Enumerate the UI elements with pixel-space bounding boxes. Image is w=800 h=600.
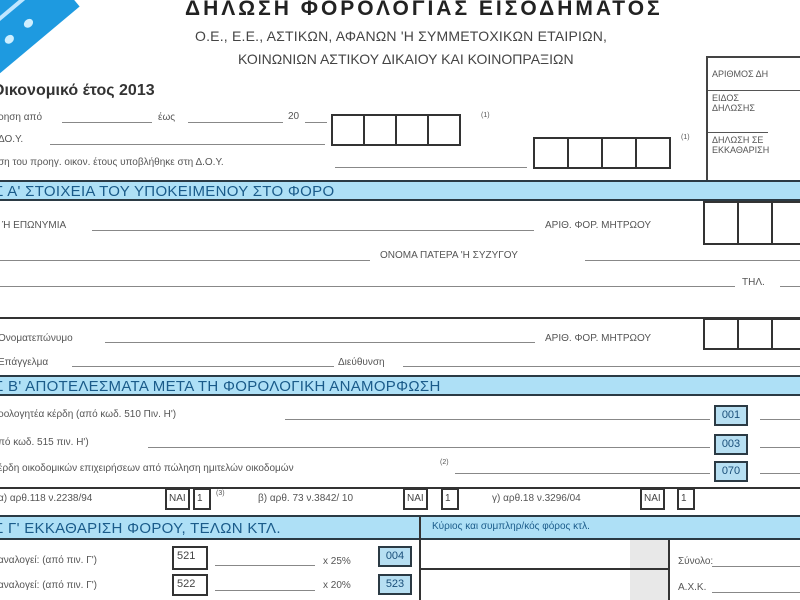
section-b-row-label: ρολογητέα κέρδη (από κωδ. 510 Πιν. Η'): [0, 409, 176, 420]
address-line[interactable]: [0, 286, 735, 287]
form-subtitle-1: Ο.Ε., Ε.Ε., ΑΣΤΙΚΩΝ, ΑΦΑΝΩΝ 'Η ΣΥΜΜΕΤΟΧΙ…: [195, 28, 607, 44]
year-prefix: 20: [288, 111, 299, 122]
flag-b-label: β) αρθ. 73 ν.3842/ 10: [258, 493, 353, 504]
section-b-row-label: έρδη οικοδομικών επιχειρήσεων από πώληση…: [0, 463, 294, 474]
period-from-field[interactable]: [62, 122, 152, 123]
footnote-1: (1): [481, 112, 490, 119]
flag-c-yes-label: ΝΑΙ: [640, 488, 665, 510]
dot-icon: [22, 17, 35, 30]
akk-field[interactable]: [712, 592, 800, 593]
flag-a-value[interactable]: 1: [193, 488, 211, 510]
phone-field[interactable]: [780, 286, 800, 287]
name-line-2[interactable]: [0, 260, 370, 261]
corner-stripe-decoration: [0, 0, 80, 77]
liquidation-declaration-label: ΔΗΛΩΣΗ ΣΕ ΕΚΚΑΘΑΡΙΣΗ: [708, 133, 778, 181]
rate-25-field[interactable]: [215, 565, 315, 566]
section-b-row-field[interactable]: [148, 447, 710, 448]
form-subtitle-2: ΚΟΙΝΩΝΙΩΝ ΑΣΤΙΚΟΥ ΔΙΚΑΙΟΥ ΚΑΙ ΚΟΙΝΟΠΡΑΞΙ…: [238, 51, 574, 67]
doy-field[interactable]: [50, 144, 325, 145]
year-digit-boxes[interactable]: [333, 114, 461, 146]
doy-code-boxes[interactable]: [535, 137, 671, 169]
rate-20-field[interactable]: [215, 590, 315, 591]
value-001-field[interactable]: [760, 419, 800, 420]
section-b-row-label: πό κωδ. 515 πιν. Η'): [0, 437, 89, 448]
section-c-title: Σ Γ' ΕΚΚΑΘΑΡΙΣΗ ΦΟΡΟΥ, ΤΕΛΩΝ ΚΤΛ.: [0, 520, 281, 537]
flag-a-yes-label: ΝΑΙ: [165, 488, 190, 510]
flag-c-value[interactable]: 1: [677, 488, 695, 510]
doy-label: ΔΟ.Υ.: [0, 134, 23, 145]
section-b-row-field[interactable]: [285, 419, 710, 420]
father-name-field[interactable]: [585, 260, 800, 261]
input-code-522: 522: [172, 574, 208, 596]
code-001: 001: [714, 405, 748, 426]
dot-icon: [3, 33, 16, 46]
afm-label: ΑΡΙΘ. ΦΟΡ. ΜΗΤΡΩΟΥ: [545, 220, 651, 231]
divider: [419, 517, 421, 600]
period-to-label: έως: [158, 112, 175, 123]
value-003-field[interactable]: [760, 447, 800, 448]
footnote-2: (2): [440, 459, 449, 466]
afm-boxes[interactable]: [705, 201, 800, 245]
input-code-521: 521: [172, 546, 208, 570]
fiscal-year: Οικονομικό έτος 2013: [0, 82, 155, 100]
afm2-label: ΑΡΙΘ. ΦΟΡ. ΜΗΤΡΩΟΥ: [545, 333, 651, 344]
rate-25-label: x 25%: [323, 556, 351, 567]
profession-label: Επάγγελμα: [0, 357, 48, 368]
footnote-1b: (1): [681, 134, 690, 141]
divider: [0, 317, 800, 319]
period-from-label: ρηση από: [0, 112, 42, 123]
name-label: Ή ΕΠΩΝΥΜΙΑ: [2, 220, 66, 231]
footnote-3: (3): [216, 490, 225, 497]
flag-a-label: α) αρθ.118 ν.2238/94: [0, 493, 92, 504]
fullname-field[interactable]: [105, 342, 535, 343]
section-b-header: Σ Β' ΑΠΟΤΕΛΕΣΜΑΤΑ ΜΕΤΑ ΤΗ ΦΟΡΟΛΟΓΙΚΗ ΑΝΑ…: [0, 375, 800, 396]
form-title: ΔΗΛΩΣΗ ΦΟΡΟΛΟΓΙΑΣ ΕΙΣΟΔΗΜΑΤΟΣ: [185, 0, 663, 21]
code-070: 070: [714, 461, 748, 482]
section-b-title: Σ Β' ΑΠΟΤΕΛΕΣΜΑΤΑ ΜΕΤΑ ΤΗ ΦΟΡΟΛΟΓΙΚΗ ΑΝΑ…: [0, 378, 441, 395]
section-c-subheader: Κύριος και συμπληρ/κός φόρος κτλ.: [432, 521, 590, 532]
akk-label: Α.Χ.Κ.: [678, 582, 706, 593]
section-a-header: Σ Α' ΣΤΟΙΧΕΙΑ ΤΟΥ ΥΠΟΚΕΙΜΕΝΟΥ ΣΤΟ ΦΟΡΟ: [0, 180, 800, 201]
declaration-info-box: ΑΡΙΘΜΟΣ ΔΗ ΕΙΔΟΣ ΔΗΛΩΣΗΣ ΔΗΛΩΣΗ ΣΕ ΕΚΚΑΘ…: [706, 56, 800, 184]
section-c-row-label: αναλογεί: (από πιν. Γ'): [0, 580, 97, 591]
declaration-number-label: ΑΡΙΘΜΟΣ ΔΗ: [708, 58, 800, 91]
father-name-label: ΟΝΟΜΑ ΠΑΤΕΡΑ 'Η ΣΥΖΥΓΟΥ: [380, 250, 518, 261]
section-a-title: Σ Α' ΣΤΟΙΧΕΙΑ ΤΟΥ ΥΠΟΚΕΙΜΕΝΟΥ ΣΤΟ ΦΟΡΟ: [0, 183, 334, 200]
declaration-type-label: ΕΙΔΟΣ ΔΗΛΩΣΗΣ: [708, 91, 768, 133]
flag-c-label: γ) αρθ.18 ν.3296/04: [492, 493, 581, 504]
divider: [668, 540, 670, 600]
rate-20-label: x 20%: [323, 580, 351, 591]
code-003: 003: [714, 434, 748, 455]
year-field[interactable]: [305, 122, 327, 123]
code-523: 523: [378, 574, 412, 595]
period-to-field[interactable]: [188, 122, 283, 123]
totals-field[interactable]: [712, 566, 800, 567]
section-c-row-label: αναλογεί: (από πιν. Γ'): [0, 555, 97, 566]
section-b-row-field[interactable]: [455, 473, 710, 474]
afm2-boxes[interactable]: [705, 318, 800, 350]
profession-field[interactable]: [72, 366, 334, 367]
section-c-header: Σ Γ' ΕΚΚΑΘΑΡΙΣΗ ΦΟΡΟΥ, ΤΕΛΩΝ ΚΤΛ. Κύριος…: [0, 515, 800, 540]
address-label: Διεύθυνση: [338, 357, 385, 368]
prev-year-label: ση του προηγ. οικον. έτους υποβλήθηκε στ…: [0, 157, 224, 168]
code-004: 004: [378, 546, 412, 567]
name-field[interactable]: [92, 230, 534, 231]
value-070-field[interactable]: [760, 473, 800, 474]
divider: [421, 568, 668, 570]
shaded-column: [630, 540, 668, 600]
prev-year-field[interactable]: [335, 167, 527, 168]
flag-b-yes-label: ΝΑΙ: [403, 488, 428, 510]
address-field[interactable]: [403, 366, 800, 367]
fullname-label: Ονοματεπώνυμο: [0, 333, 73, 344]
flag-b-value[interactable]: 1: [441, 488, 459, 510]
totals-label: Σύνολο:: [678, 556, 713, 567]
phone-label: ΤΗΛ.: [742, 277, 765, 288]
